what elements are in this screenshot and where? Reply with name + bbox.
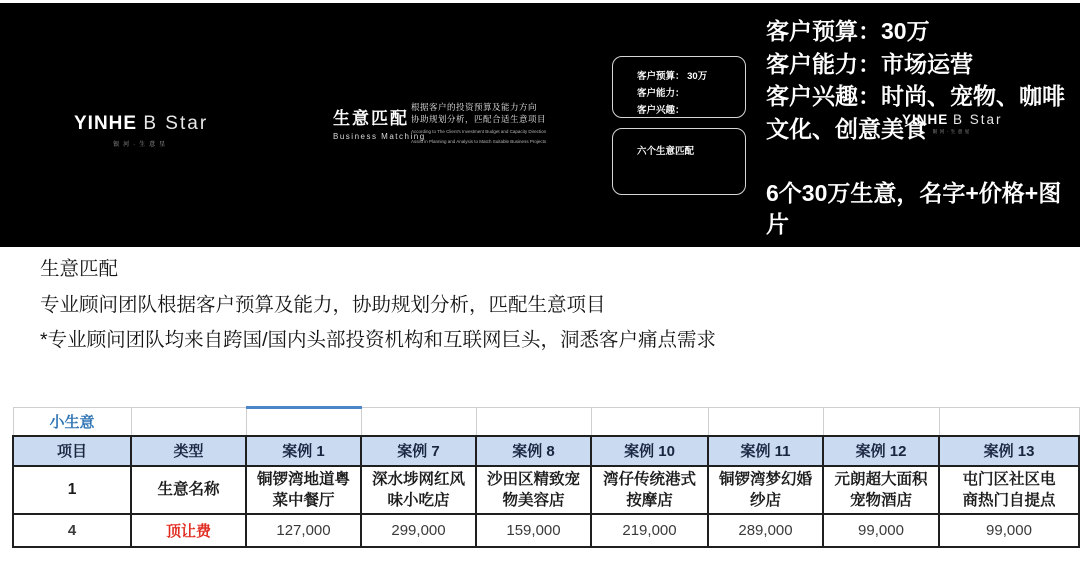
business-name-cell: 屯门区社区电商热门自提点	[939, 466, 1079, 514]
empty-cell	[476, 408, 591, 436]
fee-value-cell: 289,000	[708, 514, 823, 547]
logo-product-text: B Star	[953, 112, 1003, 127]
business-name-cell: 铜锣湾梦幻婚纱店	[708, 466, 823, 514]
slide-page: YINHE B Star 银河·生意星 生意匹配 Business Matchi…	[0, 0, 1080, 563]
business-name-row: 1 生意名称 铜锣湾地道粤菜中餐厅 深水埗网红风味小吃店 沙田区精致宠物美容店 …	[13, 466, 1079, 514]
note-budget: 客户预算：30万	[766, 15, 1070, 48]
empty-cell	[131, 408, 246, 436]
note-request: 6个30万生意，名字+价格+图片	[766, 178, 1070, 240]
logo-brandline: YINHE B Star	[74, 113, 208, 135]
client-interest-label: 客户兴趣：	[637, 102, 745, 119]
header-case-13: 案例 13	[939, 436, 1079, 466]
client-ability-label: 客户能力：	[637, 85, 745, 102]
category-cell: 小生意	[13, 408, 131, 436]
fee-value-cell: 99,000	[823, 514, 939, 547]
logo-brand-text: YINHE	[74, 113, 137, 134]
logo-subtitle: 银河·生意星	[74, 139, 208, 148]
business-cases-table: 小生意 项目 类型 案例 1 案例 7 案例 8 案例 10 案例 11 案例 …	[12, 406, 1080, 548]
banner-section: YINHE B Star 银河·生意星 生意匹配 Business Matchi…	[0, 3, 1080, 247]
empty-cell	[939, 408, 1079, 436]
table-header-row: 项目 类型 案例 1 案例 7 案例 8 案例 10 案例 11 案例 12 案…	[13, 436, 1079, 466]
fee-value-cell: 159,000	[476, 514, 591, 547]
empty-cell	[361, 408, 476, 436]
business-name-cell: 沙田区精致宠物美容店	[476, 466, 591, 514]
transfer-fee-row: 4 顶让费 127,000 299,000 159,000 219,000 28…	[13, 514, 1079, 547]
empty-cell	[708, 408, 823, 436]
logo-product-text: B Star	[143, 113, 208, 134]
intro-line1: 专业顾问团队根据客户预算及能力，协助规划分析，匹配生意项目	[40, 288, 1040, 324]
intro-section: 生意匹配 专业顾问团队根据客户预算及能力，协助规划分析，匹配生意项目 *专业顾问…	[40, 252, 1040, 359]
intro-title: 生意匹配	[40, 252, 1040, 288]
header-item: 项目	[13, 436, 131, 466]
business-name-cell: 元朗超大面积宠物酒店	[823, 466, 939, 514]
row-type-cell: 顶让费	[131, 514, 246, 547]
header-case-11: 案例 11	[708, 436, 823, 466]
category-row: 小生意	[13, 408, 1079, 436]
note-ability: 客户能力：市场运营	[766, 48, 1070, 81]
row-type-cell: 生意名称	[131, 466, 246, 514]
client-budget-label: 客户预算： 30万	[637, 68, 745, 85]
fee-value-cell: 299,000	[361, 514, 476, 547]
business-name-cell: 深水埗网红风味小吃店	[361, 466, 476, 514]
description-cn-line2: 协助规划分析，匹配合适生意项目	[411, 113, 556, 125]
logo-brand-text: YINHE	[902, 112, 948, 127]
header-case-8: 案例 8	[476, 436, 591, 466]
yinhe-logo-right: YINHE B Star 银河·生意星	[902, 112, 1003, 135]
intro-line2: *专业顾问团队均来自跨国/国内头部投资机构和互联网巨头，洞悉客户痛点需求	[40, 323, 1040, 359]
header-case-1: 案例 1	[246, 436, 361, 466]
business-name-cell: 铜锣湾地道粤菜中餐厅	[246, 466, 361, 514]
logo-subtitle: 银河·生意星	[902, 129, 1003, 135]
header-case-12: 案例 12	[823, 436, 939, 466]
fee-value-cell: 219,000	[591, 514, 708, 547]
section-description: 根据客户的投资预算及能力方向 协助规划分析，匹配合适生意项目 According…	[411, 101, 556, 145]
fee-value-cell: 127,000	[246, 514, 361, 547]
business-name-cell: 湾仔传统港式按摩店	[591, 466, 708, 514]
header-case-10: 案例 10	[591, 436, 708, 466]
match-count-label: 六个生意匹配	[637, 143, 745, 157]
header-case-7: 案例 7	[361, 436, 476, 466]
description-en-line2: Assist in Planning and Analysis to Match…	[411, 139, 556, 145]
description-cn-line1: 根据客户的投资预算及能力方向	[411, 101, 556, 113]
match-count-box: 六个生意匹配	[612, 128, 746, 195]
row-id-cell: 1	[13, 466, 131, 514]
selected-column-marker	[246, 408, 361, 436]
logo-brandline: YINHE B Star	[902, 112, 1003, 127]
empty-cell	[591, 408, 708, 436]
description-en-line1: According to The Client's Investment Bud…	[411, 129, 556, 135]
empty-cell	[823, 408, 939, 436]
row-id-cell: 4	[13, 514, 131, 547]
client-profile-box: 客户预算： 30万 客户能力： 客户兴趣：	[612, 56, 746, 118]
yinhe-logo-left: YINHE B Star 银河·生意星	[74, 113, 208, 148]
fee-value-cell: 99,000	[939, 514, 1079, 547]
header-type: 类型	[131, 436, 246, 466]
